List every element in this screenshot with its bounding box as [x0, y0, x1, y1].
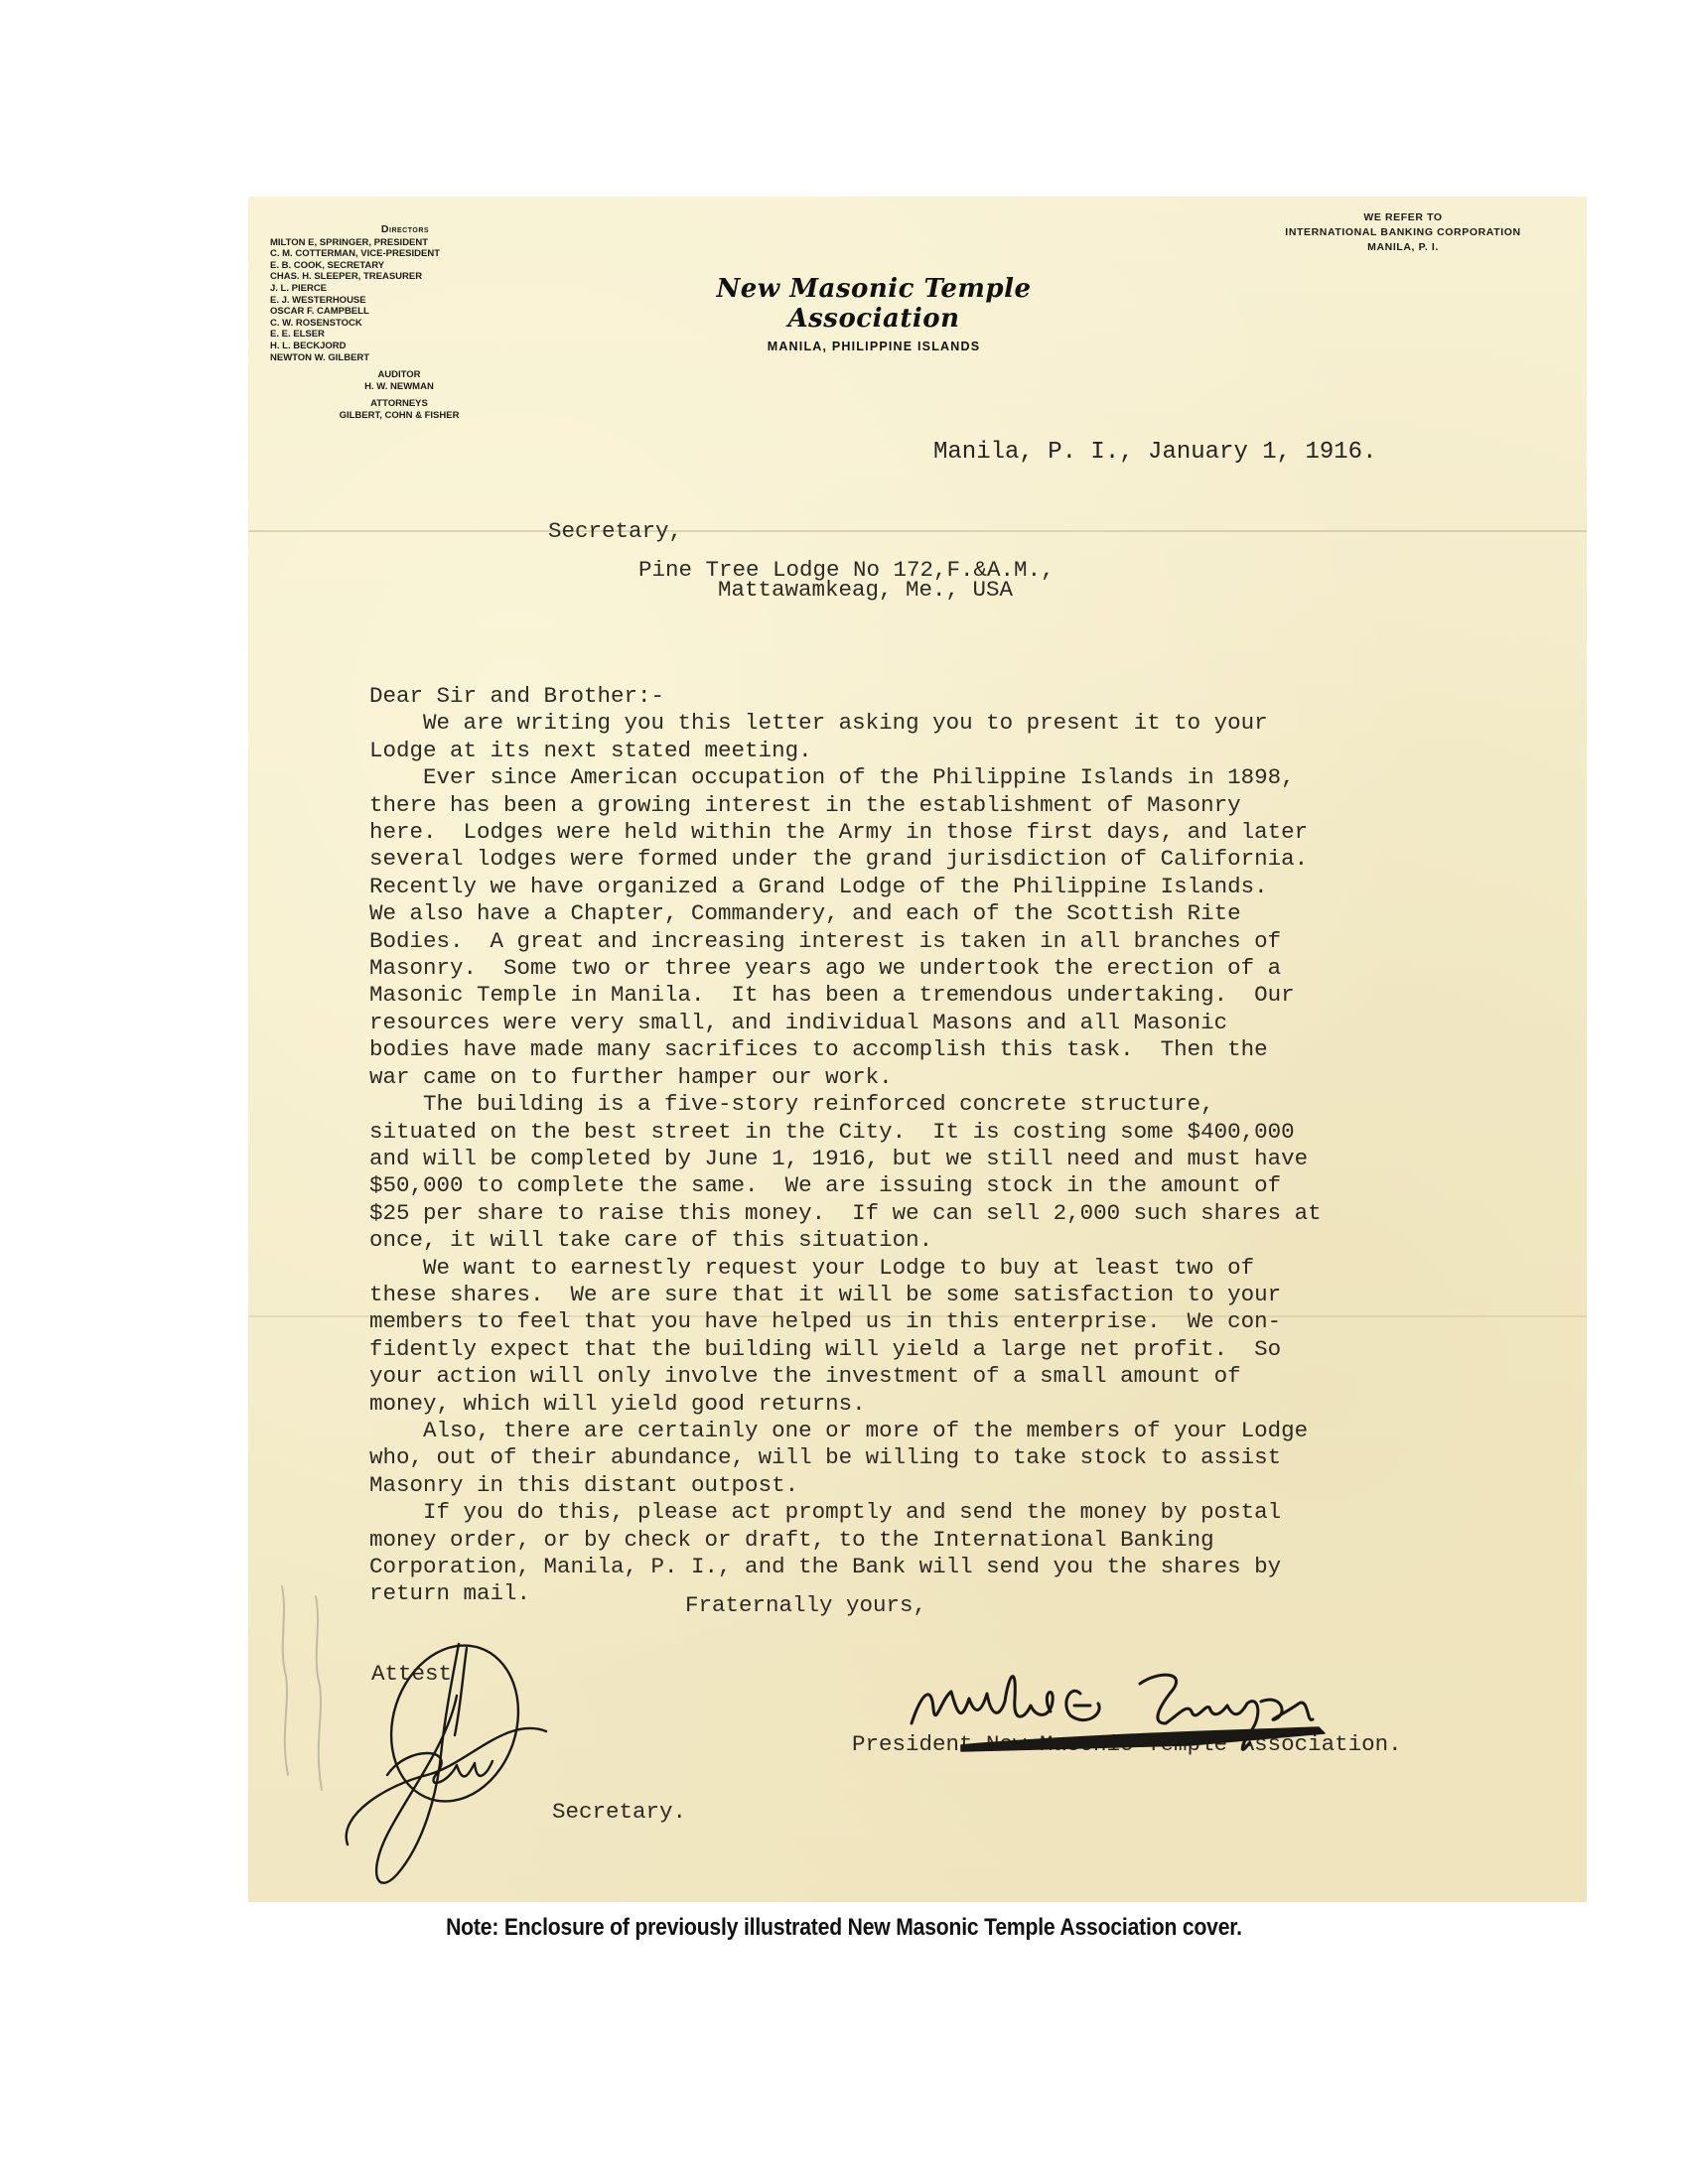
secretary-label: Secretary. — [552, 1799, 686, 1825]
director-name: Chas. H. Sleeper, Treasurer — [270, 271, 528, 283]
body-line: these shares. We are sure that it will b… — [369, 1282, 1571, 1308]
closing: Fraternally yours, — [685, 1592, 926, 1618]
attorneys-heading: Attorneys — [270, 398, 528, 410]
letterhead-masthead: New Masonic Temple Association Manila, P… — [635, 274, 1112, 353]
body-line: fidently expect that the building will y… — [369, 1336, 1571, 1363]
body-line: once, it will take care of this situatio… — [369, 1227, 1571, 1254]
director-name: C. W. Rosenstock — [270, 318, 528, 330]
body-line: here. Lodges were held within the Army i… — [369, 819, 1571, 846]
body-line: The building is a five-story reinforced … — [369, 1091, 1571, 1118]
refer-line: We refer to — [1239, 210, 1567, 225]
refer-line: Manila, P. I. — [1239, 240, 1567, 255]
recipient-address: Pine Tree Lodge No 172,F.&A.M., Mattawam… — [638, 560, 1055, 600]
body-line: members to feel that you have helped us … — [369, 1308, 1571, 1335]
attorneys-block: Attorneys Gilbert, Cohn & Fisher — [270, 398, 528, 421]
body-line: Bodies. A great and increasing interest … — [369, 928, 1571, 955]
body-line: bodies have made many sacrifices to acco… — [369, 1036, 1571, 1063]
body-line: your action will only involve the invest… — [369, 1363, 1571, 1390]
recipient-address-line: Mattawamkeag, Me., USA — [638, 580, 1055, 600]
auditor-name: H. W. Newman — [270, 381, 528, 393]
body-line: money order, or by check or draft, to th… — [369, 1527, 1571, 1554]
body-line: war came on to further hamper our work. — [369, 1064, 1571, 1091]
director-name: C. M. Cotterman, Vice-President — [270, 248, 528, 260]
caption-note: Note: Enclosure of previously illustrate… — [101, 1914, 1587, 1942]
body-line: Ever since American occupation of the Ph… — [369, 764, 1571, 791]
body-line: $25 per share to raise this money. If we… — [369, 1200, 1571, 1227]
organization-location: Manila, Philippine Islands — [635, 340, 1112, 353]
body-line: and will be completed by June 1, 1916, b… — [369, 1146, 1571, 1172]
body-line: there has been a growing interest in the… — [369, 792, 1571, 819]
body-line: Corporation, Manila, P. I., and the Bank… — [369, 1554, 1571, 1580]
body-line: Masonry in this distant outpost. — [369, 1472, 1571, 1499]
body-line: Masonic Temple in Manila. It has been a … — [369, 982, 1571, 1009]
director-name: E. J. Westerhouse — [270, 295, 528, 307]
director-name: E. E. Elser — [270, 329, 528, 341]
body-line: Recently we have organized a Grand Lodge… — [369, 874, 1571, 900]
directors-list: Directors Milton E, Springer, President … — [270, 224, 528, 422]
president-signature — [892, 1654, 1408, 1773]
body-line: Masonry. Some two or three years ago we … — [369, 955, 1571, 982]
bank-reference: We refer to International Banking Corpor… — [1239, 210, 1567, 255]
refer-line: International Banking Corporation — [1239, 225, 1567, 240]
director-name: H. L. Beckjord — [270, 341, 528, 352]
director-name: Oscar F. Campbell — [270, 306, 528, 318]
letter-paper: Directors Milton E, Springer, President … — [248, 197, 1587, 1902]
body-line: We also have a Chapter, Commandery, and … — [369, 900, 1571, 927]
body-line: money, which will yield good returns. — [369, 1391, 1571, 1418]
recipient-title: Secretary, — [548, 518, 682, 544]
dateline: Manila, P. I., January 1, 1916. — [933, 439, 1376, 466]
auditor-block: Auditor H. W. Newman — [270, 369, 528, 392]
body-line: If you do this, please act promptly and … — [369, 1499, 1571, 1526]
organization-name: New Masonic Temple Association — [635, 274, 1112, 334]
letter-body: Dear Sir and Brother:- We are writing yo… — [369, 683, 1571, 1608]
body-line: Dear Sir and Brother:- — [369, 683, 1571, 710]
body-line: several lodges were formed under the gra… — [369, 846, 1571, 873]
attorneys-name: Gilbert, Cohn & Fisher — [270, 410, 528, 422]
body-line: resources were very small, and individua… — [369, 1010, 1571, 1036]
director-name: Newton W. Gilbert — [270, 352, 528, 364]
body-line: Also, there are certainly one or more of… — [369, 1418, 1571, 1444]
body-line: We want to earnestly request your Lodge … — [369, 1255, 1571, 1282]
director-name: Milton E, Springer, President — [270, 237, 528, 249]
auditor-heading: Auditor — [270, 369, 528, 381]
body-line: We are writing you this letter asking yo… — [369, 710, 1571, 737]
body-line: return mail. — [369, 1580, 1571, 1607]
body-line: situated on the best street in the City.… — [369, 1119, 1571, 1146]
directors-heading: Directors — [282, 224, 528, 236]
director-name: E. B. Cook, Secretary — [270, 260, 528, 272]
body-line: Lodge at its next stated meeting. — [369, 738, 1571, 764]
secretary-signature — [328, 1636, 556, 1904]
paper-fold-line — [248, 530, 1587, 532]
pencil-annotation — [268, 1576, 348, 1795]
body-line: $50,000 to complete the same. We are iss… — [369, 1172, 1571, 1199]
director-name: J. L. Pierce — [270, 283, 528, 295]
body-line: who, out of their abundance, will be wil… — [369, 1444, 1571, 1471]
